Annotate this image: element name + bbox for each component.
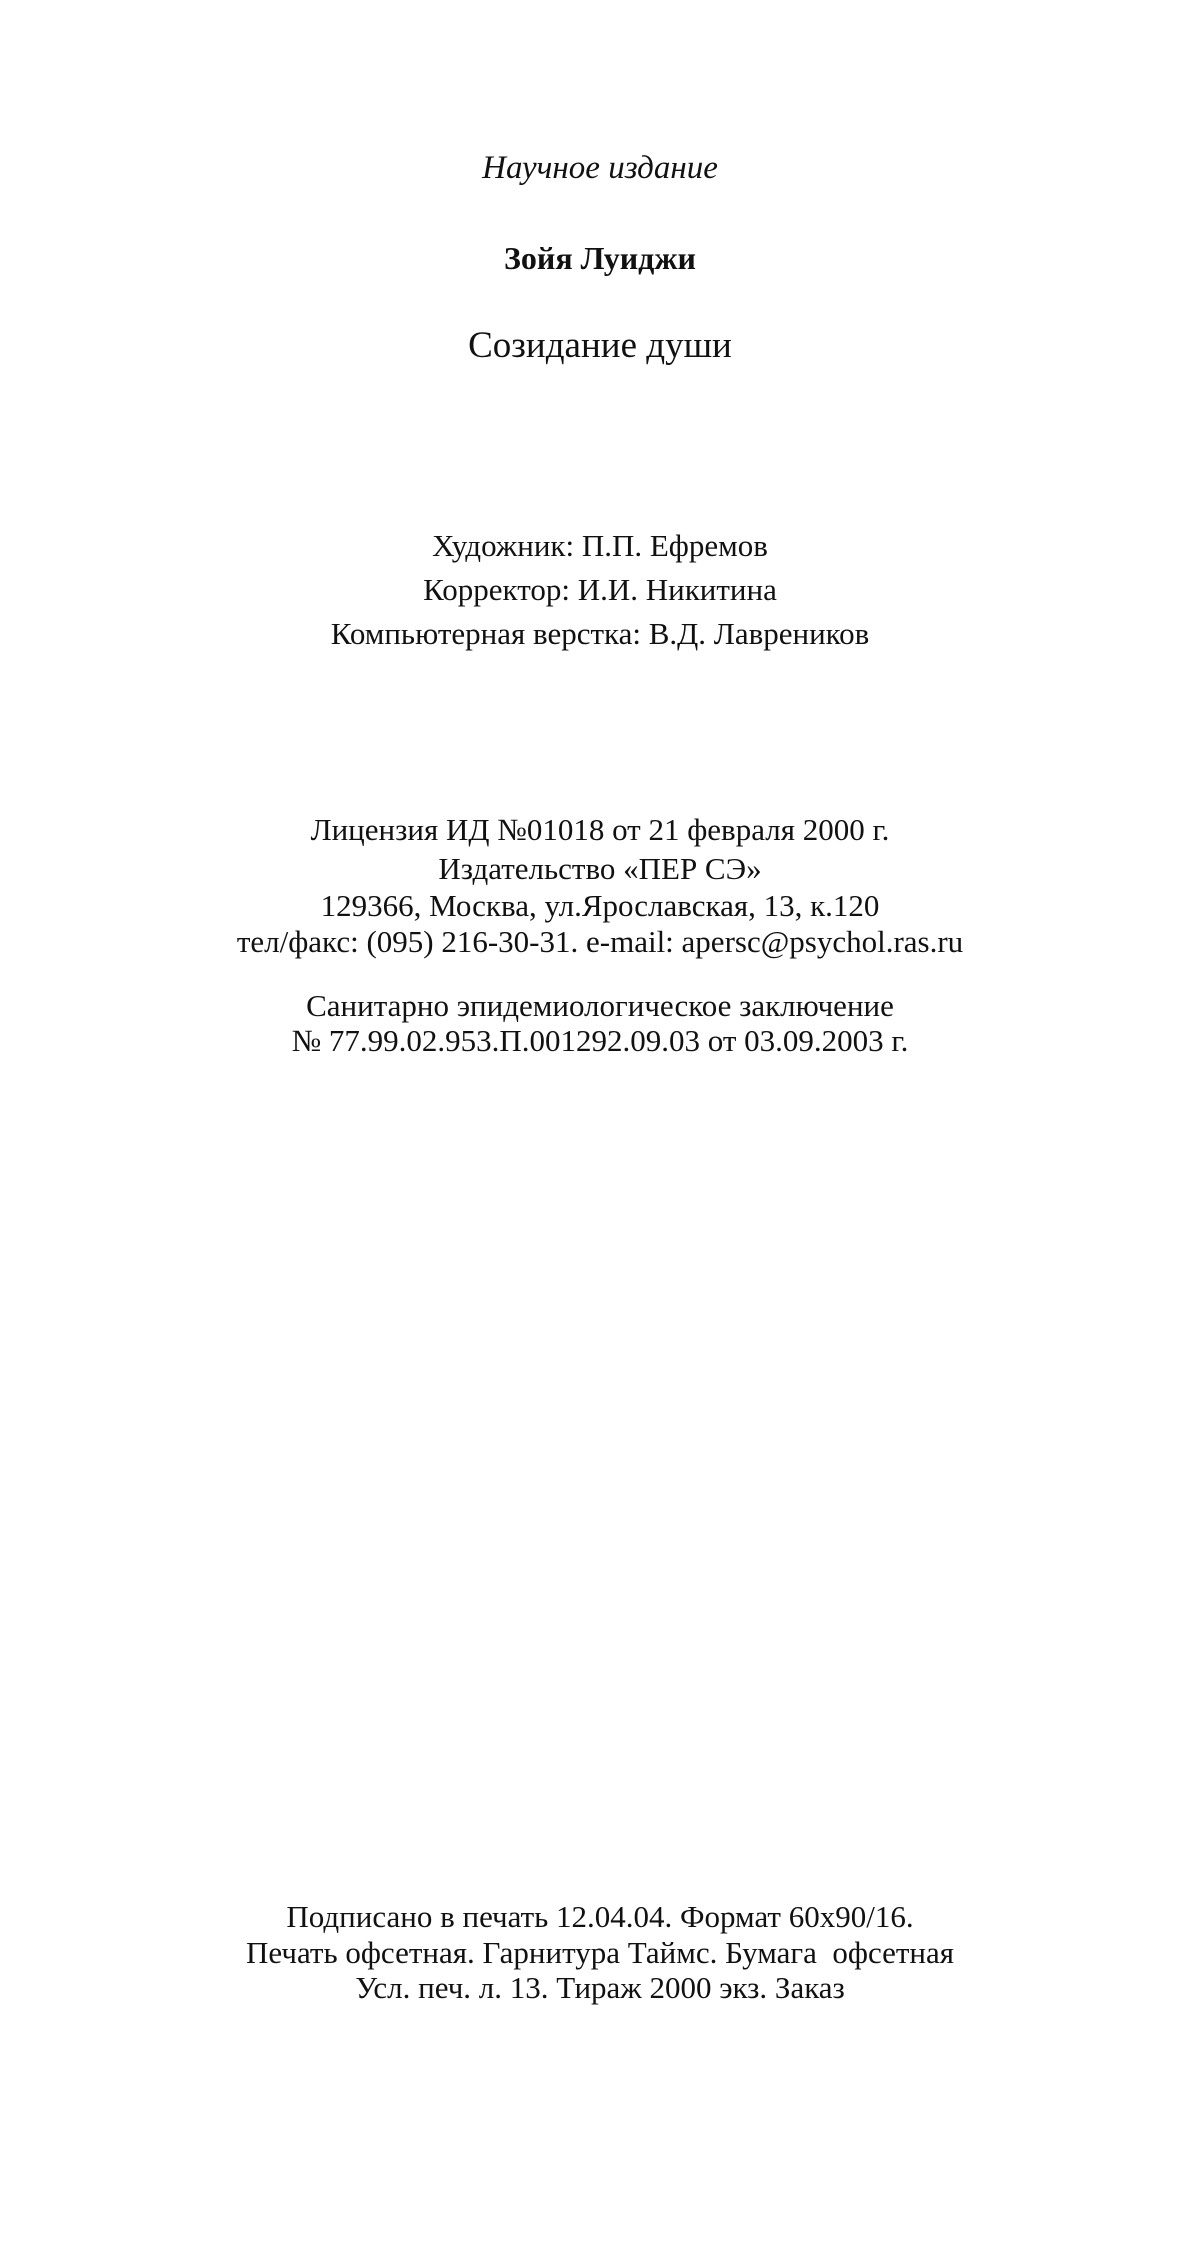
imprint-signed: Подписано в печать 12.04.04. Формат 60x9…: [0, 1901, 1200, 1932]
license-line: Лицензия ИД №01018 от 21 февраля 2000 г.: [0, 814, 1200, 845]
publisher-name: Издательство «ПЕР СЭ»: [0, 853, 1200, 884]
credit-artist: Художник: П.П. Ефремов: [0, 530, 1200, 561]
author-name: Зойя Луиджи: [0, 242, 1200, 274]
imprint-print: Печать офсетная. Гарнитура Таймс. Бумага…: [0, 1937, 1200, 1968]
sanitary-title: Санитарно эпидемиологическое заключение: [0, 990, 1200, 1021]
series-label: Научное издание: [0, 152, 1200, 185]
imprint-run: Усл. печ. л. 13. Тираж 2000 экз. Заказ: [0, 1972, 1200, 2003]
credit-proofreader: Корректор: И.И. Никитина: [0, 574, 1200, 605]
sanitary-number: № 77.99.02.953.П.001292.09.03 от 03.09.2…: [0, 1025, 1200, 1056]
credit-layout: Компьютерная верстка: В.Д. Лавреников: [0, 618, 1200, 649]
book-title: Созидание души: [0, 327, 1200, 364]
publisher-contact: тел/факс: (095) 216-30-31. e-mail: apers…: [0, 926, 1200, 957]
publisher-address: 129366, Москва, ул.Ярославская, 13, к.12…: [0, 890, 1200, 921]
